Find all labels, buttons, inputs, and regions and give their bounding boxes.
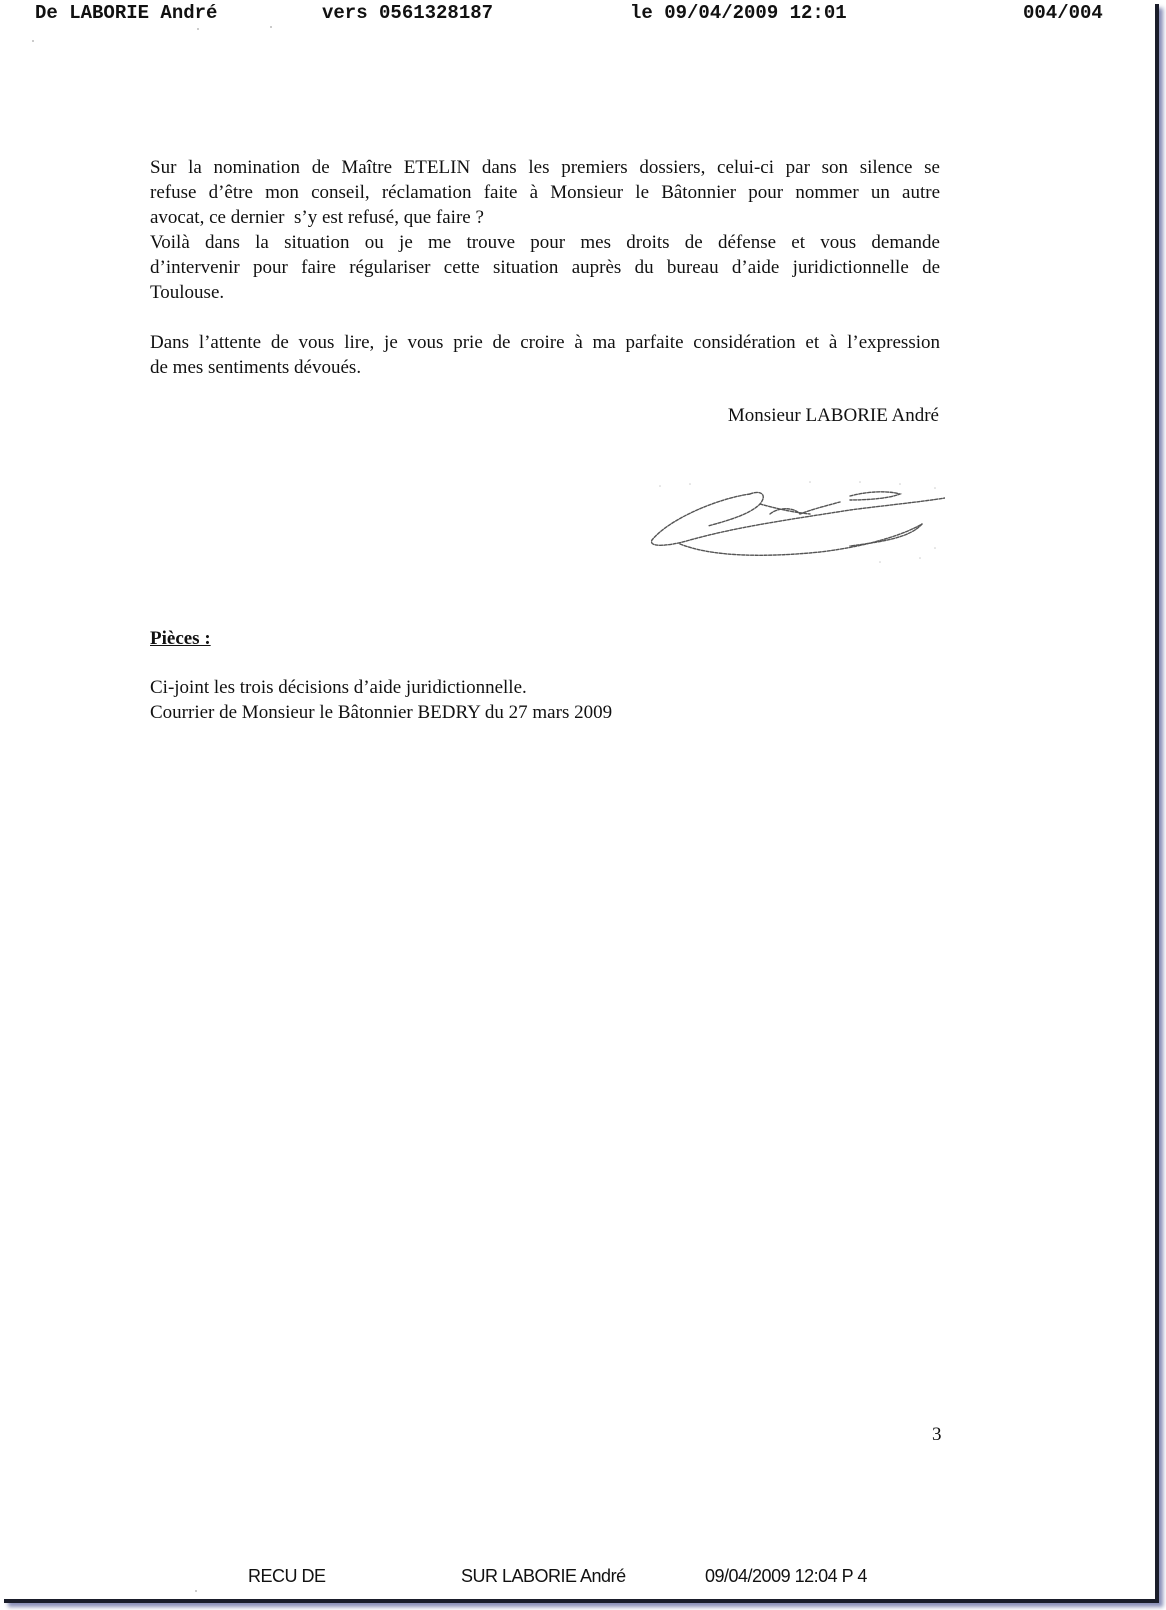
fax-date: le 09/04/2009 12:01 — [630, 2, 847, 24]
text-line: avocat, ce dernier s’y est refusé, que f… — [150, 205, 940, 230]
text-line: refuse d’être mon conseil, réclamation f… — [150, 180, 940, 205]
text-line: Voilà dans la situation ou je me trouve … — [150, 230, 940, 255]
fax-page-count: 004/004 — [1023, 2, 1103, 24]
text-line: Dans l’attente de vous lire, je vous pri… — [150, 330, 940, 355]
letter-paragraph-2: Dans l’attente de vous lire, je vous pri… — [150, 330, 940, 380]
fax-received-stamp: 09/04/2009 12:04 P 4 — [705, 1566, 867, 1587]
attachment-item: Courrier de Monsieur le Bâtonnier BEDRY … — [150, 700, 612, 725]
fax-destination: vers 0561328187 — [322, 2, 493, 24]
scan-speck — [197, 28, 199, 30]
fax-footer: RECU DE SUR LABORIE André 09/04/2009 12:… — [0, 1566, 1155, 1590]
attachment-item: Ci-joint les trois décisions d’aide juri… — [150, 675, 612, 700]
scan-speck — [195, 1590, 197, 1592]
attachments-heading: Pièces : — [150, 628, 211, 650]
page-number: 3 — [932, 1424, 942, 1446]
scan-speck — [270, 26, 272, 28]
scan-speck — [32, 40, 34, 42]
fax-sender: De LABORIE André — [35, 2, 217, 24]
fax-received-label: RECU DE — [248, 1566, 326, 1587]
text-line: Toulouse. — [150, 280, 940, 305]
signature-image — [650, 478, 945, 568]
text-line: d’intervenir pour faire régulariser cett… — [150, 255, 940, 280]
text-line: Sur la nomination de Maître ETELIN dans … — [150, 155, 940, 180]
text-line: de mes sentiments dévoués. — [150, 355, 940, 380]
letter-paragraph-1: Sur la nomination de Maître ETELIN dans … — [150, 155, 940, 305]
attachments-list: Ci-joint les trois décisions d’aide juri… — [150, 675, 612, 725]
fax-received-sender: SUR LABORIE André — [461, 1566, 626, 1587]
signatory-name: Monsieur LABORIE André — [728, 405, 939, 427]
fax-header: De LABORIE André vers 0561328187 le 09/0… — [0, 2, 1155, 28]
fax-page: De LABORIE André vers 0561328187 le 09/0… — [0, 0, 1155, 1599]
